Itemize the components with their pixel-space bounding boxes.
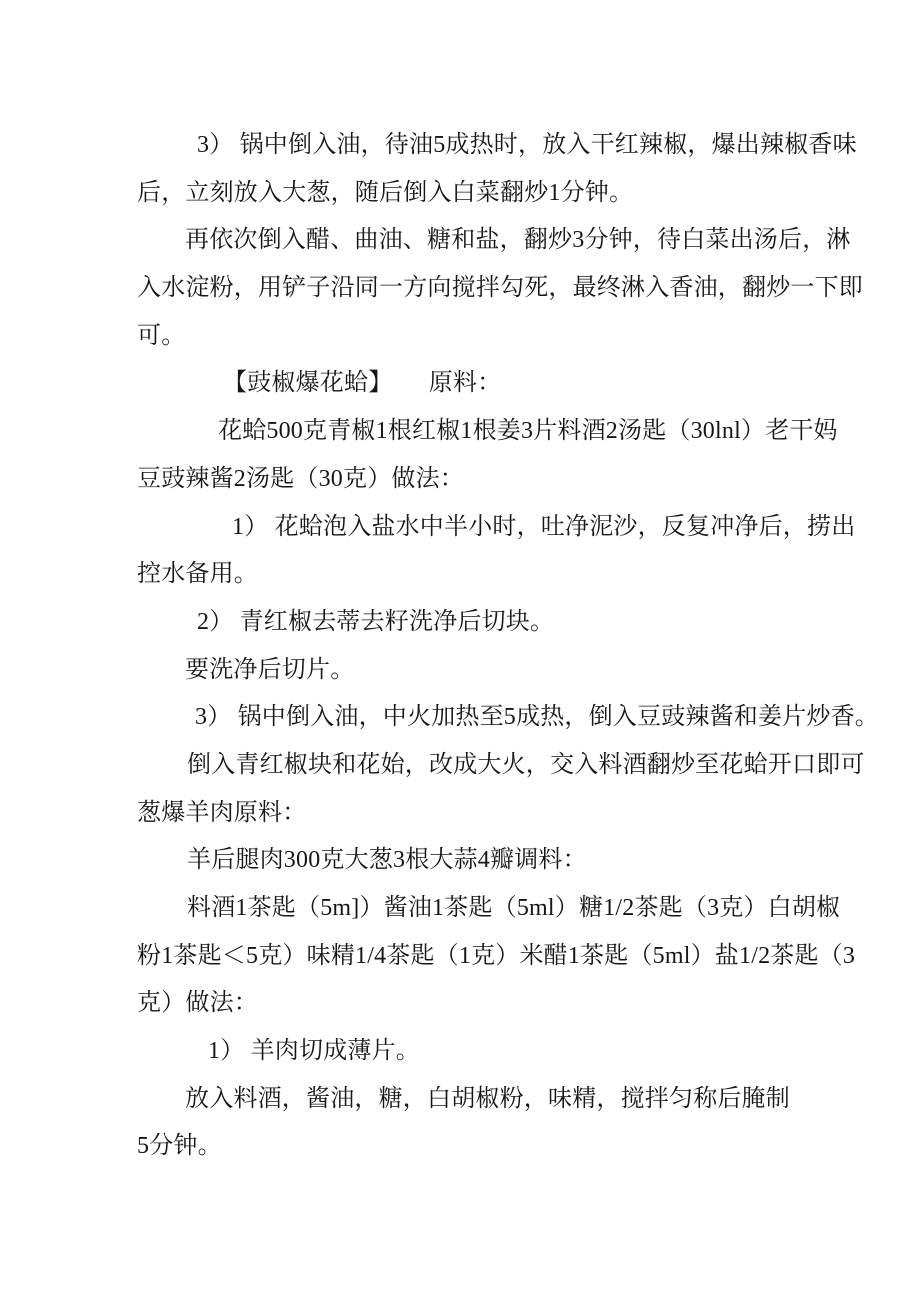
text-line: 放入料酒，酱油，糖，白胡椒粉，味精，搅拌匀称后腌制	[137, 1076, 862, 1124]
text-line: 控水备用。	[137, 551, 862, 599]
text-line: 要洗净后切片。	[137, 647, 862, 695]
text-line: 1） 花蛤泡入盐水中半小时，吐净泥沙，反复冲净后，捞出	[137, 504, 862, 552]
text-line: 可。	[137, 313, 862, 361]
text-line: 料酒1茶匙（5m]）酱油1茶匙（5ml）糖1/2茶匙（3克）白胡椒	[137, 885, 862, 933]
text-line: 倒入青红椒块和花始，改成大火，交入料酒翻炒至花蛤开口即可	[137, 742, 862, 790]
text-line: 1） 羊肉切成薄片。	[137, 1028, 862, 1076]
text-line: 克）做法：	[137, 980, 862, 1028]
text-line: 粉1茶匙＜5克）味精1/4茶匙（1克）米醋1茶匙（5ml）盐1/2茶匙（3	[137, 933, 862, 981]
text-line: 2） 青红椒去蒂去籽洗净后切块。	[137, 599, 862, 647]
document-page: 3） 锅中倒入油，待油5成热时，放入干红辣椒，爆出辣椒香味 后，立刻放入大葱，随…	[0, 0, 920, 1301]
text-line: 再依次倒入醋、曲油、糖和盐，翻炒3分钟，待白菜出汤后，淋	[137, 217, 862, 265]
text-line: 入水淀粉，用铲子沿同一方向搅拌勾死，最终淋入香油，翻炒一下即	[137, 265, 862, 313]
text-line: 3） 锅中倒入油，待油5成热时，放入干红辣椒，爆出辣椒香味	[137, 122, 862, 170]
text-line: 豆豉辣酱2汤匙（30克）做法：	[137, 456, 862, 504]
text-line: 葱爆羊肉原料：	[137, 790, 862, 838]
text-line-section-title: 【豉椒爆花蛤】 原料：	[137, 360, 862, 408]
text-line: 花蛤500克青椒1根红椒1根姜3片料酒2汤匙（30lnl）老干妈	[137, 408, 862, 456]
text-line: 后，立刻放入大葱，随后倒入白菜翻炒1分钟。	[137, 170, 862, 218]
text-line: 3） 锅中倒入油，中火加热至5成热，倒入豆豉辣酱和姜片炒香。	[137, 694, 862, 742]
text-line: 5分钟。	[137, 1123, 862, 1171]
text-line: 羊后腿肉300克大葱3根大蒜4瓣调料：	[137, 837, 862, 885]
